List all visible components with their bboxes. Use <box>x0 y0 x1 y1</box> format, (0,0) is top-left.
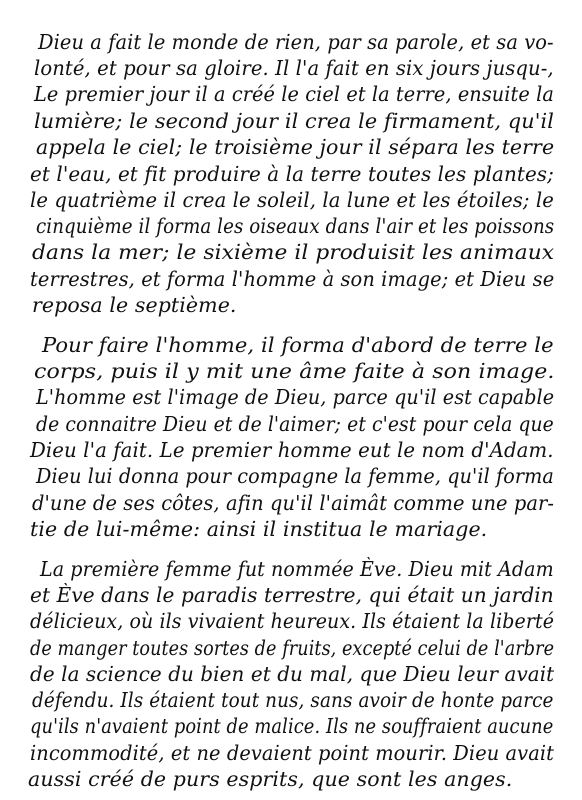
handwritten-line: corps, puis il y mit une âme faite à son… <box>34 359 555 383</box>
handwritten-line: délicieux, où ils vivaient heureux. Ils … <box>30 609 554 633</box>
handwritten-line: tie de lui-même: ainsi il institua le ma… <box>30 517 487 541</box>
handwritten-line: dans la mer; le sixième il produisit les… <box>32 240 554 264</box>
handwritten-line: lumière; le second jour il crea le firma… <box>34 109 554 133</box>
handwritten-line: lonté, et pour sa gloire. Il l'a fait en… <box>34 56 554 80</box>
handwritten-line: Pour faire l'homme, il forma d'abord de … <box>42 333 554 357</box>
handwritten-line: de manger toutes sortes de fruits, excep… <box>30 636 554 660</box>
handwritten-line: Dieu lui donna pour compagne la femme, q… <box>36 464 554 488</box>
handwritten-line: appela le ciel; le troisième jour il sép… <box>36 135 554 159</box>
handwritten-line: le quatrième il crea le soleil, la lune … <box>30 188 554 212</box>
handwritten-line: Le premier jour il a créé le ciel et la … <box>34 82 554 106</box>
handwritten-line: et l'eau, et fit produire à la terre tou… <box>30 162 554 186</box>
handwritten-line: La première femme fut nommée Ève. Dieu m… <box>40 557 554 581</box>
handwritten-line: et Ève dans le paradis terrestre, qui ét… <box>30 583 554 607</box>
handwritten-line: Dieu l'a fait. Le premier homme eut le n… <box>30 438 554 462</box>
handwritten-line: cinquième il forma les oiseaux dans l'ai… <box>36 214 554 238</box>
handwritten-page: Dieu a fait le monde de rien, par sa par… <box>0 0 582 800</box>
handwritten-line: incommodité, et ne devaient point mourir… <box>30 741 554 765</box>
handwritten-line: défendu. Ils étaient tout nus, sans avoi… <box>32 688 553 712</box>
handwritten-line: qu'ils n'avaient point de malice. Ils ne… <box>30 714 553 738</box>
handwritten-line: reposa le septième. <box>32 293 237 317</box>
handwritten-line: L'homme est l'image de Dieu, parce qu'il… <box>36 385 554 409</box>
handwritten-line: d'une de ses côtes, afin qu'il l'aimât c… <box>32 491 554 515</box>
handwritten-line: Dieu a fait le monde de rien, par sa par… <box>38 30 554 54</box>
handwritten-line: terrestres, et forma l'homme à son image… <box>30 267 554 291</box>
handwritten-line: de connaitre Dieu et de l'aimer; et c'es… <box>36 412 554 436</box>
handwritten-line: aussi créé de purs esprits, que sont les… <box>28 767 512 791</box>
handwritten-line: de la science du bien et du mal, que Die… <box>30 662 554 686</box>
